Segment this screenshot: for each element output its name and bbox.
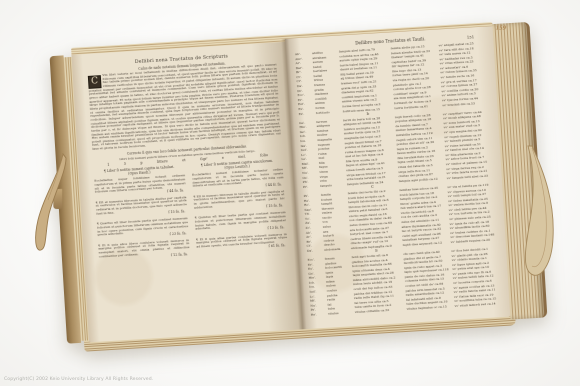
woodcut-initial: C <box>88 75 102 89</box>
open-book: Dellibri nona Tractatus de Scripturis Ca… <box>49 19 557 354</box>
printed-folio-number: 151 <box>467 34 475 39</box>
handwritten-folio-number: 159 <box>496 26 507 32</box>
index-entry-block: ¶ Eſt et numerus librorum in tabulis diu… <box>96 196 188 220</box>
index-cell: vitulus <box>328 310 355 316</box>
copyright-notice: Copyright(C) 2002 Keio University Librar… <box>4 377 153 382</box>
left-paragraph-text: Vm libri veteris ac noui teſtamenti in m… <box>89 62 281 151</box>
left-column-2: ¶ Liber ſi notitie numeri capitis uincul… <box>191 159 288 259</box>
left-column-1: ¶ Liber ſi notitie numeri capitis in tab… <box>94 165 191 265</box>
left-page: Dellibri nona Tractatus de Scripturis Ca… <box>72 42 303 343</box>
index-cell: Re'. <box>311 312 329 318</box>
legend-symbol: mel. <box>238 155 246 159</box>
legend-symbol: Ggr' <box>200 157 208 161</box>
legend-symbol: folio <box>260 153 268 157</box>
left-tie-ribbon <box>26 150 72 260</box>
left-paragraph: CVm libri veteris ac noui teſtamenti in … <box>88 63 281 151</box>
legend-symbol: 1 <box>107 163 109 167</box>
legend-symbol: 5 <box>124 162 126 166</box>
index-entry-block: ¶ Quartus eſt liber ſecunde partis qui c… <box>97 217 189 241</box>
column-blocks: Eccleſiaſtes nuper ſolidiſsime notauit o… <box>94 175 190 263</box>
legend-symbol: p <box>140 161 142 165</box>
column-blocks: Eccleſiaſtici numeri ſolidiſsime notantu… <box>192 169 288 254</box>
index-entry-block: Eccleſiaſtes nuper ſolidiſsime notauit o… <box>94 175 186 199</box>
index-entry-block: ¶ Quintus eſt liber tertie partis qui co… <box>195 211 287 235</box>
left-two-columns: ¶ Liber ſi notitie numeri capitis in tab… <box>94 159 288 265</box>
index-entry-block: ¶ Et ſi quis alios libros conſulere volu… <box>98 239 190 263</box>
legend-symbol: et <box>182 158 186 162</box>
right-tie-ribbon <box>519 144 565 296</box>
index-entry-block: Eccleſiaſtici numeri ſolidiſsime notantu… <box>192 169 284 193</box>
right-index-table: Ab'.abiſſusſanguis abel iuſti ca.79ſemit… <box>295 41 503 318</box>
photo-background: Dellibri nona Tractatus de Scripturis Ca… <box>0 0 580 386</box>
index-entry-block: ¶ Et ſi quis alias partes conſulere volu… <box>196 233 288 253</box>
index-entry-block: ¶ Eſt in numero librorum in tabulis diui… <box>193 190 285 214</box>
right-page: Dellibro nono Tractatus et Tauili. 151 A… <box>285 26 510 329</box>
legend-symbol: littere <box>157 159 168 164</box>
legend-symbol: e <box>222 156 224 160</box>
